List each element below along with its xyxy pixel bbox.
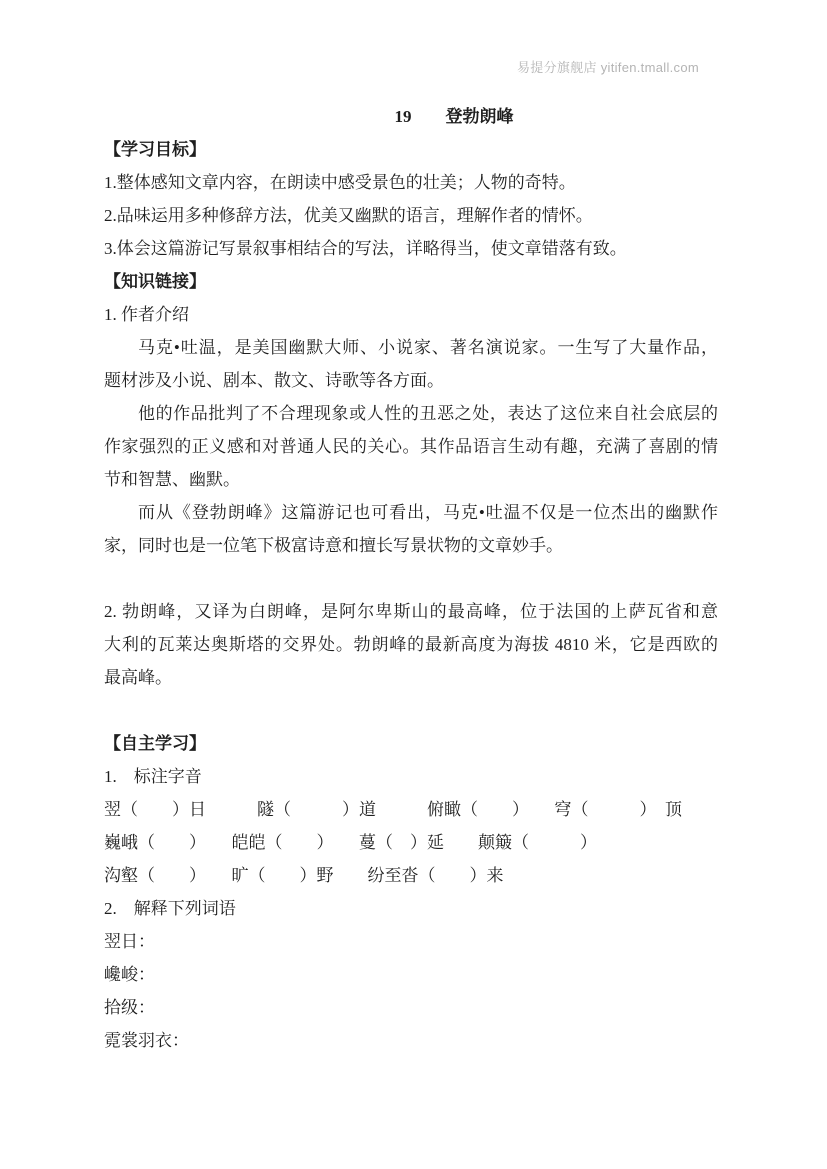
paragraph-line: 而从《登勃朗峰》这篇游记也可看出，马克•吐温不仅是一位杰出的幽默作 — [104, 496, 718, 529]
objective-item: 2.品味运用多种修辞方法，优美又幽默的语言，理解作者的情怀。 — [104, 199, 718, 232]
term-line: 翌日： — [104, 925, 718, 958]
lesson-title: 19 登勃朗峰 — [147, 100, 761, 133]
pinyin-row: 翌（ ）日 隧（ ）道 俯瞰（ ） 穹（ ） 顶 — [104, 793, 718, 826]
author-intro-label: 1. 作者介绍 — [104, 298, 718, 331]
paragraph-line: 马克•吐温，是美国幽默大师、小说家、著名演说家。一生写了大量作品， — [104, 331, 718, 364]
paragraph-line: 大利的瓦莱达奥斯塔的交界处。勃朗峰的最新高度为海拔 4810 米，它是西欧的 — [104, 628, 718, 661]
worksheet-page: 易提分旗舰店 yitifen.tmall.com 19 登勃朗峰 【学习目标】 … — [0, 0, 827, 1169]
section-heading-knowledge-links: 【知识链接】 — [104, 265, 718, 298]
pinyin-row: 沟壑（ ） 旷（ ）野 纷至沓（ ）来 — [104, 859, 718, 892]
paragraph-line: 2. 勃朗峰，又译为白朗峰，是阿尔卑斯山的最高峰，位于法国的上萨瓦省和意 — [104, 595, 718, 628]
paragraph-line: 作家强烈的正义感和对普通人民的关心。其作品语言生动有趣，充满了喜剧的情 — [104, 430, 718, 463]
paragraph-line: 题材涉及小说、剧本、散文、诗歌等各方面。 — [104, 364, 718, 397]
paragraph-line: 他的作品批判了不合理现象或人性的丑恶之处，表达了这位来自社会底层的 — [104, 397, 718, 430]
task1-label: 1. 标注字音 — [104, 760, 718, 793]
watermark-text: 易提分旗舰店 yitifen.tmall.com — [517, 57, 699, 76]
paragraph-line: 节和智慧、幽默。 — [104, 463, 718, 496]
term-line: 巉峻： — [104, 958, 718, 991]
paragraph-line: 家，同时也是一位笔下极富诗意和擅长写景状物的文章妙手。 — [104, 529, 718, 562]
section-heading-objectives: 【学习目标】 — [104, 133, 718, 166]
section-heading-self-study: 【自主学习】 — [104, 727, 718, 760]
paragraph-line: 最高峰。 — [104, 661, 718, 694]
task2-label: 2. 解释下列词语 — [104, 892, 718, 925]
objective-item: 1.整体感知文章内容，在朗读中感受景色的壮美；人物的奇特。 — [104, 166, 718, 199]
term-line: 拾级： — [104, 991, 718, 1024]
blank-line — [104, 562, 718, 595]
objective-item: 3.体会这篇游记写景叙事相结合的写法，详略得当，使文章错落有致。 — [104, 232, 718, 265]
term-line: 霓裳羽衣： — [104, 1024, 718, 1057]
blank-line — [104, 694, 718, 727]
pinyin-row: 巍峨（ ） 皑皑（ ） 蔓（ ）延 颠簸（ ） — [104, 826, 718, 859]
document-body: 19 登勃朗峰 【学习目标】 1.整体感知文章内容，在朗读中感受景色的壮美；人物… — [104, 100, 718, 1057]
